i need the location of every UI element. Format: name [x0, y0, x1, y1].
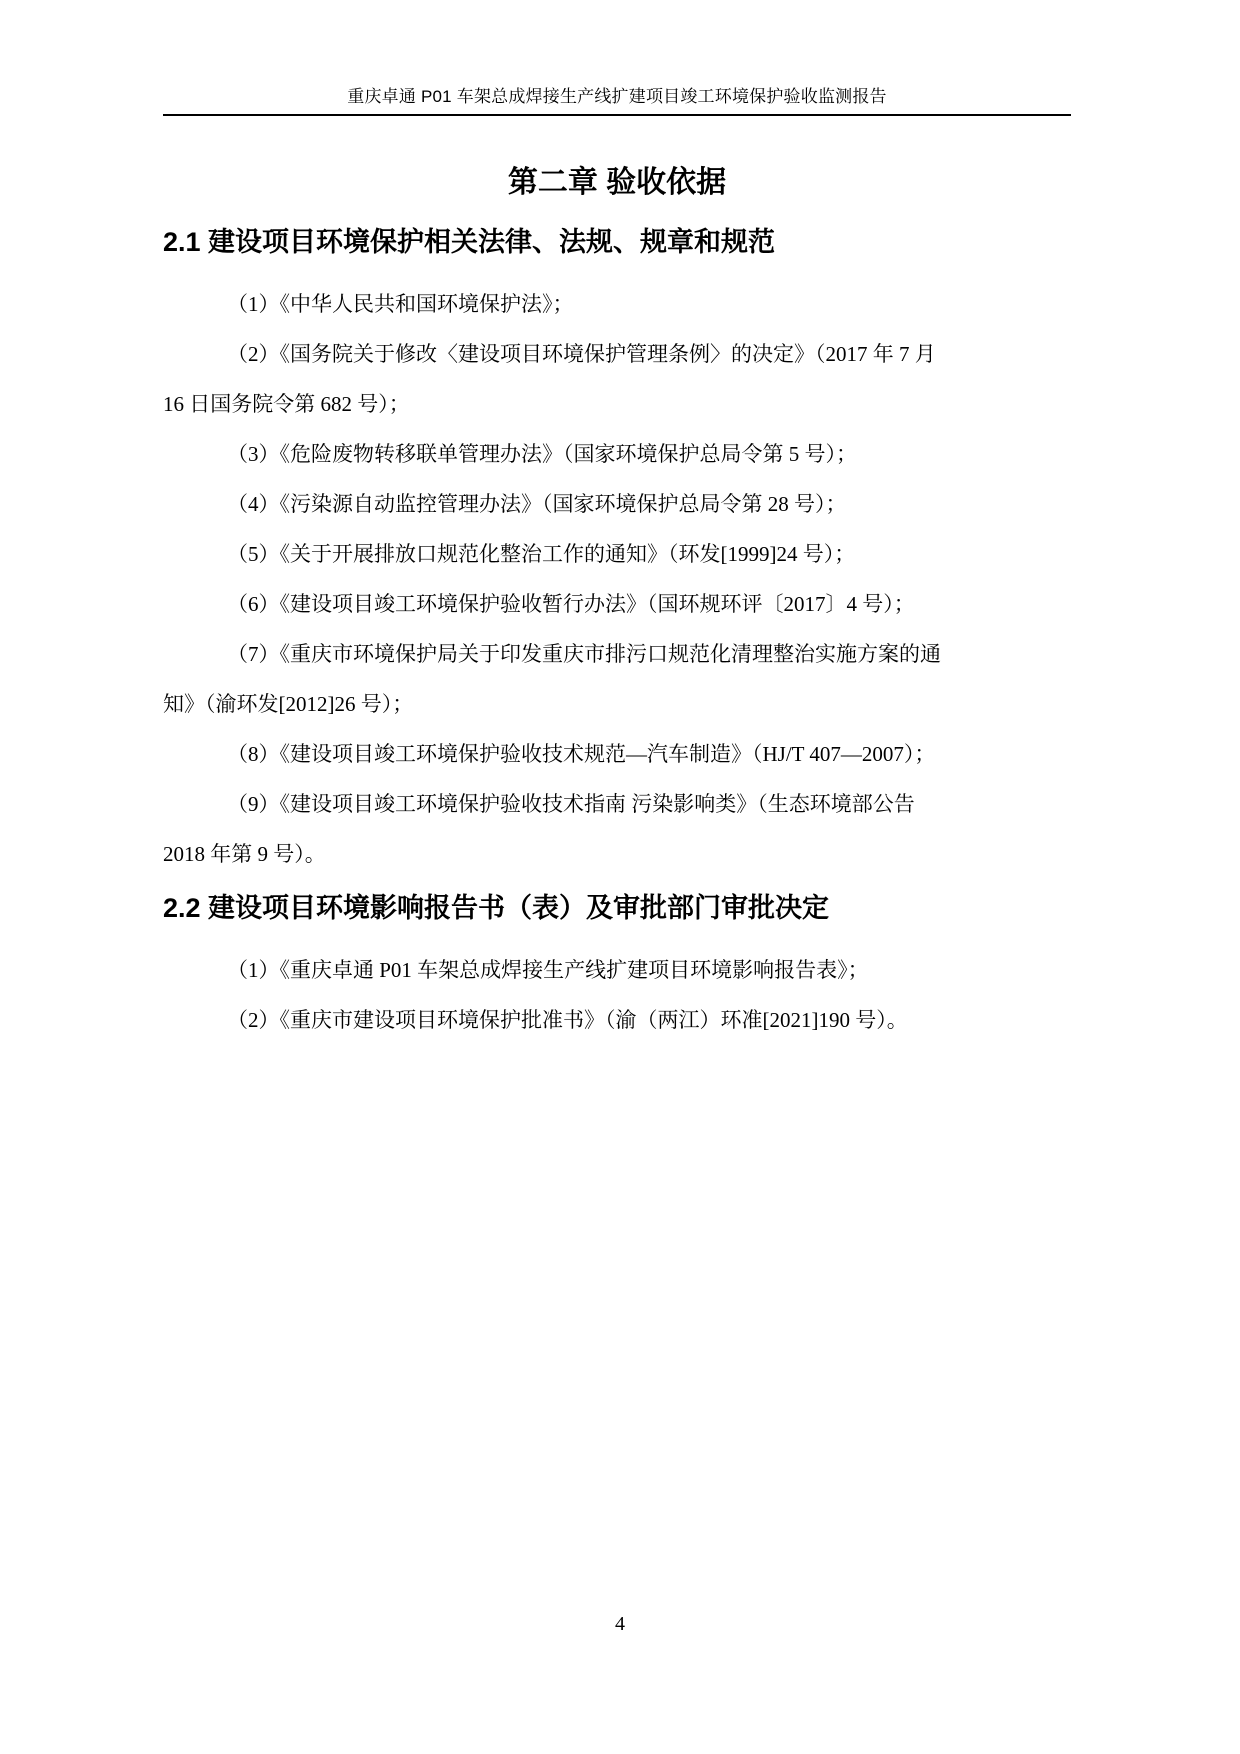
list-item-text: （8）《建设项目竣工环境保护验收技术规范—汽车制造》（HJ/T 407—2007… — [227, 742, 935, 766]
list-item: （3）《危险废物转移联单管理办法》（国家环境保护总局令第 5 号）； — [163, 439, 1071, 469]
list-item-text: （9）《建设项目竣工环境保护验收技术指南 污染影响类》（生态环境部公告 — [227, 792, 915, 816]
list-item-text: （6）《建设项目竣工环境保护验收暂行办法》（国环规环评〔2017〕4 号）； — [227, 592, 915, 616]
list-item-text: （7）《重庆市环境保护局关于印发重庆市排污口规范化清理整治实施方案的通 — [227, 642, 941, 666]
list-item-text: （5）《关于开展排放口规范化整治工作的通知》（环发[1999]24 号）； — [227, 542, 855, 566]
section-heading-2-2: 2.2 建设项目环境影响报告书（表）及审批部门审批决定 — [163, 890, 829, 926]
list-item-text: （1）《中华人民共和国环境保护法》； — [227, 292, 574, 316]
chapter-title: 第二章 验收依据 — [163, 163, 1071, 203]
list-item: （4）《污染源自动监控管理办法》（国家环境保护总局令第 28 号）； — [163, 489, 1071, 519]
list-item-text: （2）《国务院关于修改〈建设项目环境保护管理条例〉的决定》（2017 年 7 月 — [227, 342, 936, 366]
header-divider — [163, 114, 1071, 116]
list-item-text: （1）《重庆卓通 P01 车架总成焊接生产线扩建项目环境影响报告表》； — [227, 958, 869, 982]
list-item: （2）《重庆市建设项目环境保护批准书》（渝（两江）环准[2021]190 号）。 — [163, 1005, 1071, 1035]
page-number: 4 — [0, 1611, 1240, 1637]
list-item-text: 知》（渝环发[2012]26 号）； — [163, 692, 413, 716]
list-item-continuation: 知》（渝环发[2012]26 号）； — [163, 689, 1071, 719]
list-item: （5）《关于开展排放口规范化整治工作的通知》（环发[1999]24 号）； — [163, 539, 1071, 569]
list-item-continuation: 16 日国务院令第 682 号）； — [163, 389, 1071, 419]
list-item: （6）《建设项目竣工环境保护验收暂行办法》（国环规环评〔2017〕4 号）； — [163, 589, 1071, 619]
list-item: （8）《建设项目竣工环境保护验收技术规范—汽车制造》（HJ/T 407—2007… — [163, 739, 1071, 769]
list-item: （7）《重庆市环境保护局关于印发重庆市排污口规范化清理整治实施方案的通 — [163, 639, 1071, 669]
section-heading-2-1: 2.1 建设项目环境保护相关法律、法规、规章和规范 — [163, 224, 775, 260]
list-item: （1）《重庆卓通 P01 车架总成焊接生产线扩建项目环境影响报告表》； — [163, 955, 1071, 985]
list-item-continuation: 2018 年第 9 号）。 — [163, 839, 1071, 869]
list-item: （9）《建设项目竣工环境保护验收技术指南 污染影响类》（生态环境部公告 — [163, 789, 1071, 819]
list-item-text: 16 日国务院令第 682 号）； — [163, 392, 410, 416]
list-item: （1）《中华人民共和国环境保护法》； — [163, 289, 1071, 319]
list-item-text: （2）《重庆市建设项目环境保护批准书》（渝（两江）环准[2021]190 号）。 — [227, 1008, 908, 1032]
list-item-text: 2018 年第 9 号）。 — [163, 842, 326, 866]
running-header: 重庆卓通 P01 车架总成焊接生产线扩建项目竣工环境保护验收监测报告 — [163, 86, 1071, 108]
list-item-text: （4）《污染源自动监控管理办法》（国家环境保护总局令第 28 号）； — [227, 492, 847, 516]
list-item-text: （3）《危险废物转移联单管理办法》（国家环境保护总局令第 5 号）； — [227, 442, 857, 466]
list-item: （2）《国务院关于修改〈建设项目环境保护管理条例〉的决定》（2017 年 7 月 — [163, 339, 1071, 369]
